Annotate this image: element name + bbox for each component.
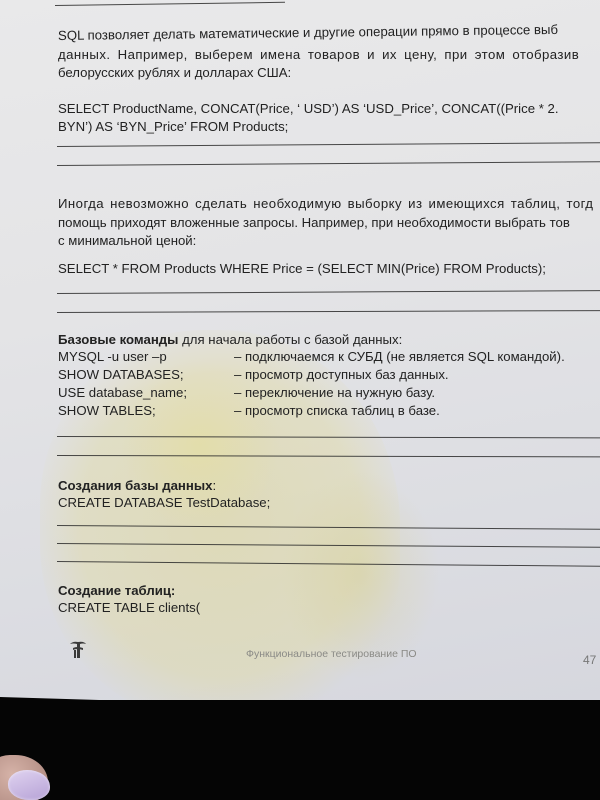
paragraph-1-line-3: белорусских рублях и долларах США:	[58, 64, 291, 82]
paragraph-2-line-3: с минимальной ценой:	[58, 232, 196, 250]
create-database-heading-text: Создания базы данных	[58, 478, 212, 493]
basic-commands-heading-bold: Базовые команды	[58, 332, 178, 347]
command-row: SHOW TABLES;– просмотр списка таблиц в б…	[58, 403, 440, 418]
writing-line	[57, 290, 600, 294]
page-number: 47	[583, 653, 596, 667]
basic-commands-heading-rest: для начала работы с базой данных:	[178, 332, 402, 347]
query-1-line-2: BYN’) AS ‘BYN_Price’ FROM Products;	[58, 118, 288, 136]
command-name: SHOW TABLES;	[58, 403, 234, 418]
fingernail	[8, 770, 50, 800]
command-name: USE database_name;	[58, 385, 234, 400]
query-2: SELECT * FROM Products WHERE Price = (SE…	[58, 260, 546, 278]
command-description: – переключение на нужную базу.	[234, 385, 435, 400]
create-database-heading: Создания базы данных:	[58, 477, 216, 495]
writing-line	[57, 525, 600, 530]
create-database-query: CREATE DATABASE TestDatabase;	[58, 494, 270, 512]
footer-title: Функциональное тестирование ПО	[246, 648, 417, 660]
command-name: SHOW DATABASES;	[58, 367, 234, 382]
create-database-heading-suffix: :	[212, 478, 216, 493]
command-row: USE database_name;– переключение на нужн…	[58, 385, 435, 400]
command-name: MYSQL -u user –p	[58, 349, 234, 364]
writing-line	[57, 161, 600, 166]
query-1-line-1: SELECT ProductName, CONCAT(Price, ‘ USD’…	[58, 100, 559, 118]
writing-line	[57, 310, 600, 313]
document-page: SQL позволяет делать математические и др…	[0, 0, 600, 700]
paragraph-1-line-2: данных. Например, выберем имена товаров …	[58, 46, 579, 64]
command-description: – просмотр списка таблиц в базе.	[234, 403, 440, 418]
command-row: SHOW DATABASES;– просмотр доступных баз …	[58, 367, 449, 382]
writing-line	[57, 142, 600, 147]
paragraph-2-line-2: помощь приходят вложенные запросы. Напри…	[58, 214, 570, 232]
basic-commands-heading: Базовые команды для начала работы с базо…	[58, 331, 402, 349]
publisher-logo-icon	[67, 639, 89, 661]
paragraph-2-line-1: Иногда невозможно сделать необходимую вы…	[58, 195, 593, 213]
paragraph-1-line-1: SQL позволяет делать математические и др…	[58, 21, 558, 45]
command-description: – подключаемся к СУБД (не является SQL к…	[234, 349, 565, 364]
command-row: MYSQL -u user –p– подключаемся к СУБД (н…	[58, 349, 565, 364]
command-description: – просмотр доступных баз данных.	[234, 367, 449, 382]
writing-line	[57, 455, 600, 457]
create-table-heading: Создание таблиц:	[58, 582, 175, 600]
writing-line	[57, 543, 600, 548]
writing-line	[55, 2, 285, 6]
writing-line	[57, 436, 600, 438]
create-table-query: CREATE TABLE clients(	[58, 599, 200, 617]
writing-line	[57, 561, 600, 567]
